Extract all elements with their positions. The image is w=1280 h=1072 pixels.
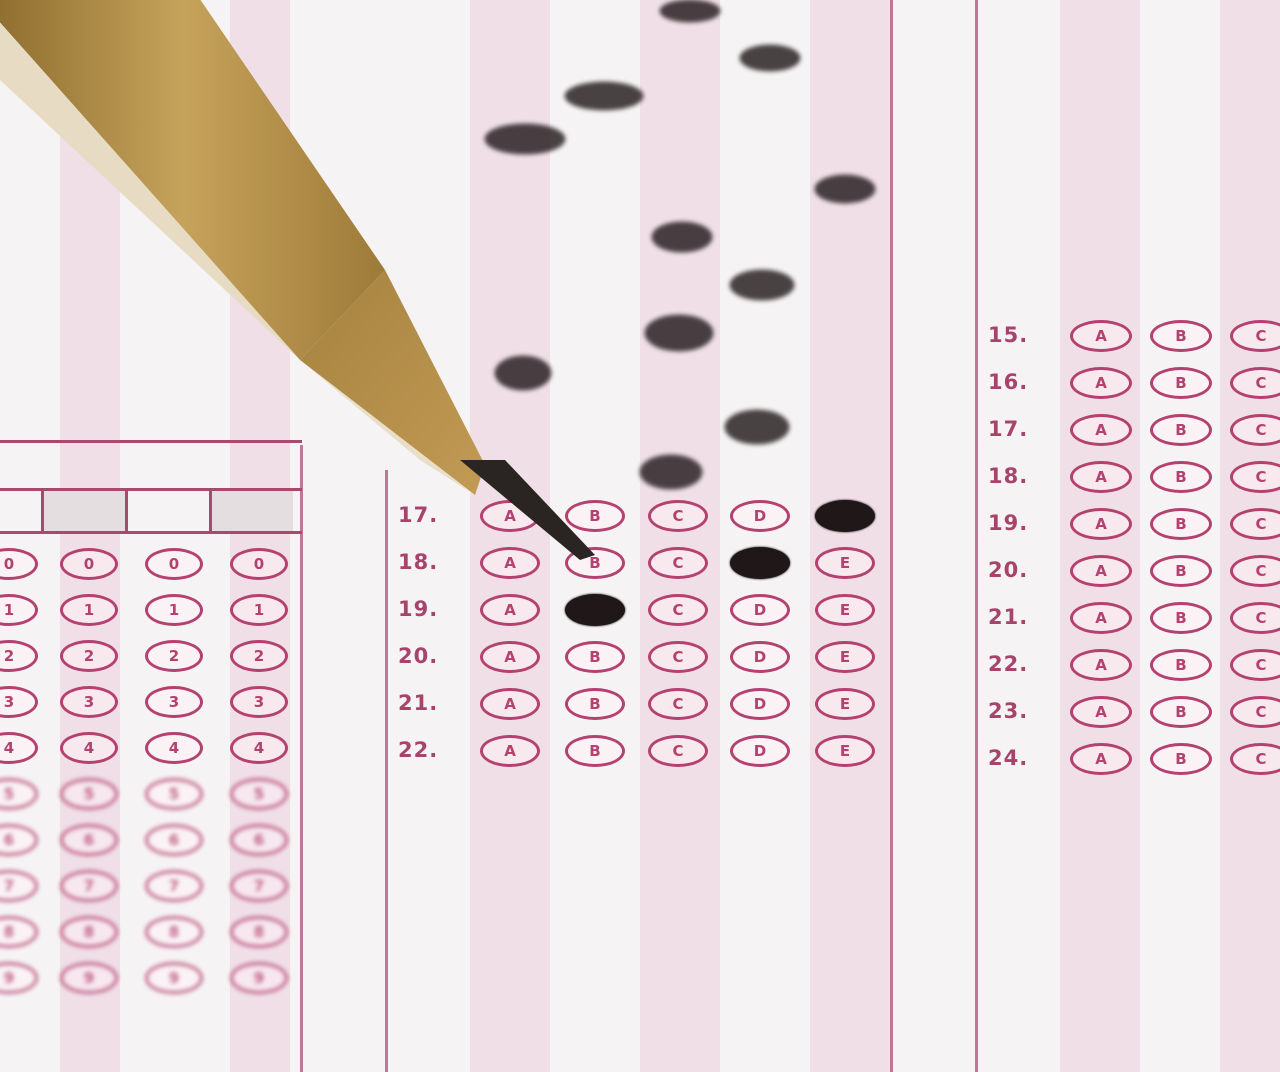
digit-bubble-4[interactable]: 4 (0, 732, 38, 764)
answer-bubble-b[interactable]: B (565, 735, 625, 767)
digit-bubble-5[interactable]: 5 (60, 778, 118, 810)
answer-bubble-c[interactable]: C (648, 594, 708, 626)
question-number: 22. (988, 652, 1028, 676)
id-entry-boxes (0, 488, 302, 534)
digit-bubble-9[interactable]: 9 (0, 962, 38, 994)
panel-border (975, 0, 978, 1072)
answer-bubble-a[interactable]: A (1070, 367, 1132, 399)
answer-bubble-d[interactable]: D (730, 500, 790, 532)
answer-bubble-b[interactable]: B (1150, 649, 1212, 681)
digit-bubble-3[interactable]: 3 (145, 686, 203, 718)
panel-border (300, 445, 303, 1072)
digit-bubble-0[interactable]: 0 (0, 548, 38, 580)
digit-bubble-0[interactable]: 0 (60, 548, 118, 580)
digit-bubble-1[interactable]: 1 (0, 594, 38, 626)
column-band (230, 0, 290, 1072)
column-band (60, 0, 120, 1072)
answer-bubble-b[interactable]: B (565, 688, 625, 720)
answer-bubble-c[interactable]: C (648, 688, 708, 720)
answer-bubble-d[interactable]: D (730, 688, 790, 720)
digit-bubble-2[interactable]: 2 (60, 640, 118, 672)
answer-bubble-b[interactable]: B (1150, 414, 1212, 446)
pencil (0, 0, 880, 940)
digit-bubble-6[interactable]: 6 (230, 824, 288, 856)
answer-bubble-c[interactable]: C (648, 735, 708, 767)
digit-bubble-3[interactable]: 3 (230, 686, 288, 718)
digit-bubble-4[interactable]: 4 (60, 732, 118, 764)
question-number: 16. (988, 370, 1028, 394)
question-number: 22. (398, 738, 438, 762)
answer-bubble-a[interactable]: A (480, 688, 540, 720)
column-band (810, 0, 890, 1072)
answer-bubble-b[interactable]: B (1150, 555, 1212, 587)
digit-bubble-9[interactable]: 9 (230, 962, 288, 994)
digit-bubble-4[interactable]: 4 (145, 732, 203, 764)
question-number: 15. (988, 323, 1028, 347)
question-number: 21. (988, 605, 1028, 629)
answer-bubble-a[interactable]: A (1070, 461, 1132, 493)
question-number: 21. (398, 691, 438, 715)
question-number: 23. (988, 699, 1028, 723)
answer-bubble-c[interactable]: C (648, 641, 708, 673)
answer-bubble-a[interactable]: A (480, 641, 540, 673)
question-number: 24. (988, 746, 1028, 770)
answer-bubble-b[interactable]: B (565, 547, 625, 579)
digit-bubble-5[interactable]: 5 (230, 778, 288, 810)
answer-bubble-b[interactable]: B (565, 594, 625, 626)
answer-bubble-a[interactable]: A (1070, 414, 1132, 446)
answer-bubble-b[interactable]: B (1150, 696, 1212, 728)
digit-bubble-3[interactable]: 3 (0, 686, 38, 718)
answer-bubble-a[interactable]: A (1070, 696, 1132, 728)
digit-bubble-5[interactable]: 5 (0, 778, 38, 810)
answer-bubble-a[interactable]: A (1070, 649, 1132, 681)
answer-bubble-d[interactable]: D (730, 547, 790, 579)
digit-bubble-8[interactable]: 8 (145, 916, 203, 948)
digit-bubble-4[interactable]: 4 (230, 732, 288, 764)
answer-bubble-b[interactable]: B (1150, 508, 1212, 540)
panel-border (890, 0, 893, 1072)
answer-bubble-d[interactable]: D (730, 594, 790, 626)
answer-bubble-d[interactable]: D (730, 641, 790, 673)
question-number: 18. (988, 464, 1028, 488)
panel-border (385, 470, 388, 1072)
answer-bubble-b[interactable]: B (1150, 367, 1212, 399)
question-number: 18. (398, 550, 438, 574)
answer-bubble-b[interactable]: B (565, 500, 625, 532)
answer-bubble-a[interactable]: A (1070, 508, 1132, 540)
answer-sheet-photo: 0000111122223333444455556666777788889999… (0, 0, 1280, 1072)
digit-bubble-5[interactable]: 5 (145, 778, 203, 810)
answer-bubble-e[interactable]: E (815, 641, 875, 673)
answer-bubble-a[interactable]: A (480, 547, 540, 579)
digit-bubble-7[interactable]: 7 (145, 870, 203, 902)
digit-bubble-9[interactable]: 9 (60, 962, 118, 994)
digit-bubble-1[interactable]: 1 (145, 594, 203, 626)
question-number: 19. (398, 597, 438, 621)
digit-bubble-1[interactable]: 1 (60, 594, 118, 626)
answer-bubble-a[interactable]: A (1070, 743, 1132, 775)
answer-bubble-b[interactable]: B (1150, 602, 1212, 634)
answer-bubble-d[interactable]: D (730, 735, 790, 767)
answer-bubble-e[interactable]: E (815, 594, 875, 626)
digit-bubble-0[interactable]: 0 (145, 548, 203, 580)
column-band (470, 0, 550, 1072)
answer-bubble-b[interactable]: B (1150, 461, 1212, 493)
digit-bubble-2[interactable]: 2 (145, 640, 203, 672)
answer-bubble-a[interactable]: A (1070, 320, 1132, 352)
answer-bubble-e[interactable]: E (815, 500, 875, 532)
question-number: 17. (988, 417, 1028, 441)
digit-bubble-2[interactable]: 2 (230, 640, 288, 672)
digit-bubble-8[interactable]: 8 (60, 916, 118, 948)
question-number: 19. (988, 511, 1028, 535)
digit-bubble-6[interactable]: 6 (145, 824, 203, 856)
answer-bubble-a[interactable]: A (1070, 555, 1132, 587)
question-number: 17. (398, 503, 438, 527)
digit-bubble-6[interactable]: 6 (60, 824, 118, 856)
digit-bubble-6[interactable]: 6 (0, 824, 38, 856)
answer-bubble-b[interactable]: B (1150, 320, 1212, 352)
question-number: 20. (398, 644, 438, 668)
answer-bubble-e[interactable]: E (815, 547, 875, 579)
digit-bubble-7[interactable]: 7 (60, 870, 118, 902)
digit-bubble-1[interactable]: 1 (230, 594, 288, 626)
column-band (640, 0, 720, 1072)
answer-bubble-c[interactable]: C (648, 500, 708, 532)
digit-bubble-8[interactable]: 8 (230, 916, 288, 948)
digit-bubble-7[interactable]: 7 (0, 870, 38, 902)
answer-bubble-a[interactable]: A (480, 735, 540, 767)
digit-bubble-2[interactable]: 2 (0, 640, 38, 672)
digit-bubble-0[interactable]: 0 (230, 548, 288, 580)
answer-bubble-b[interactable]: B (1150, 743, 1212, 775)
answer-bubble-e[interactable]: E (815, 735, 875, 767)
answer-bubble-a[interactable]: A (480, 500, 540, 532)
answer-bubble-a[interactable]: A (1070, 602, 1132, 634)
answer-bubble-a[interactable]: A (480, 594, 540, 626)
digit-bubble-3[interactable]: 3 (60, 686, 118, 718)
answer-bubble-c[interactable]: C (648, 547, 708, 579)
digit-bubble-8[interactable]: 8 (0, 916, 38, 948)
digit-bubble-7[interactable]: 7 (230, 870, 288, 902)
digit-bubble-9[interactable]: 9 (145, 962, 203, 994)
answer-bubble-b[interactable]: B (565, 641, 625, 673)
question-number: 20. (988, 558, 1028, 582)
answer-bubble-e[interactable]: E (815, 688, 875, 720)
